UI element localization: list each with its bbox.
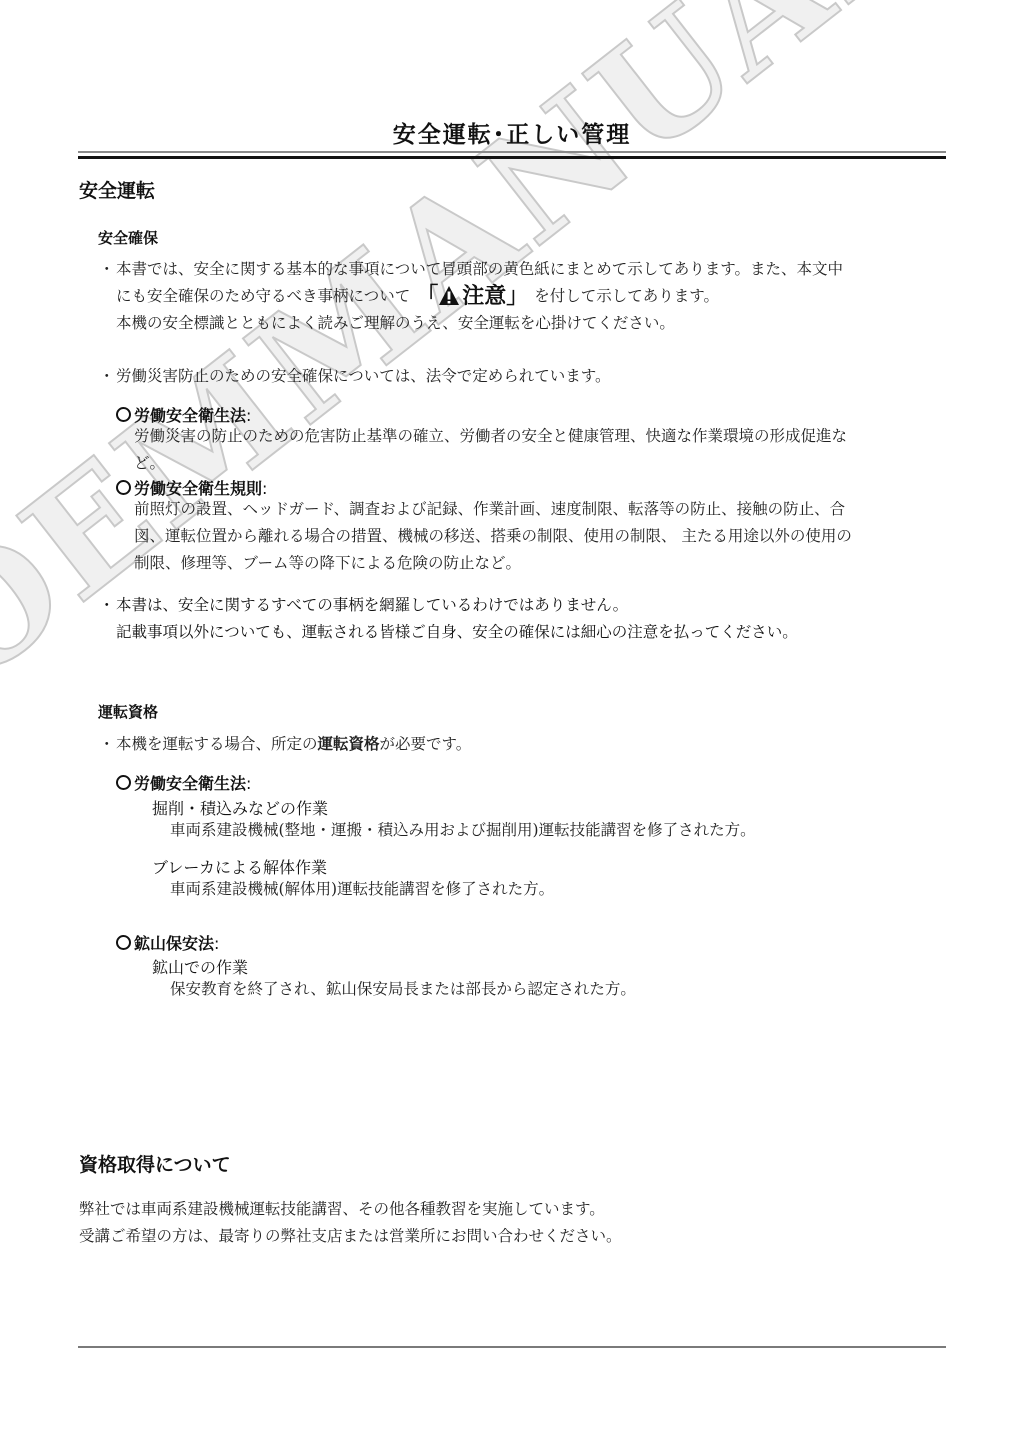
item-breaker-text: 車両系建設機械(解体用)運転技能講習を修了された方。	[170, 876, 554, 903]
caution-text: 注意	[462, 284, 506, 309]
bullet-item-2: ・ 労働災害防止のための安全確保については、法令で定められています。	[116, 363, 610, 390]
bullet-3-line-1: 本書は、安全に関するすべての事柄を網羅しているわけではありません。	[116, 592, 798, 619]
bullet-3-line-2: 記載事項以外についても、運転される皆様ご自身、安全の確保には細心の注意を払ってく…	[116, 619, 798, 646]
law-colon: :	[246, 774, 251, 793]
caution-open-bracket: 「	[416, 284, 438, 309]
law-2-line-2: 図、運転位置から離れる場合の措置、機械の移送、搭乗の制限、使用の制限、 主たる用…	[134, 523, 852, 550]
qualification-pre: 本機を運転する場合、所定の	[116, 735, 318, 753]
bullet-1-line-2-post: を付して示してあります。	[534, 287, 719, 305]
law-1-line-1: 労働災害の防止のための危害防止基準の確立、労働者の安全と健康管理、快適な作業環境…	[134, 423, 847, 450]
bullet-glyph: ・	[99, 363, 115, 390]
manual-page: OEMMANUAL 安全運転･正しい管理 安全運転 安全確保 ・ 本書では、安全…	[0, 0, 1024, 1449]
item-excavation-title: 掘削・積込みなどの作業	[152, 796, 328, 819]
subheading-operating-qualification: 運転資格	[98, 701, 158, 722]
circle-marker-icon	[116, 407, 131, 422]
caution-label: 「注意」	[416, 284, 528, 309]
qualification-post: が必要です。	[380, 735, 472, 753]
bullet-item-qualification: ・ 本機を運転する場合、所定の運転資格が必要です。	[116, 731, 471, 758]
bullet-glyph: ・	[99, 731, 115, 758]
obtaining-line-2: 受講ご希望の方は、最寄りの弊社支店または営業所にお問い合わせください。	[79, 1223, 622, 1250]
section-heading-obtaining-qualification: 資格取得について	[79, 1150, 231, 1177]
circle-marker-icon	[116, 935, 131, 950]
bullet-item-1: ・ 本書では、安全に関する基本的な事項について冒頭部の黄色紙にまとめて示してあり…	[116, 256, 843, 337]
law-colon: :	[214, 934, 219, 953]
law-2-line-1: 前照灯の設置、ヘッドガード、調査および記録、作業計画、速度制限、転落等の防止、接…	[134, 496, 852, 523]
law-2-line-3: 制限、修理等、ブーム等の降下による危険の防止など。	[134, 550, 852, 577]
obtaining-line-1: 弊社では車両系建設機械運転技能講習、その他各種教習を実施しています。	[79, 1196, 622, 1223]
law-heading-industrial-safety-act-2: 労働安全衛生法:	[116, 771, 251, 794]
bullet-1-line-2: にも安全確保のため守るべき事柄について「注意」を付して示してあります。	[116, 283, 843, 310]
bullet-item-3: ・ 本書は、安全に関するすべての事柄を網羅しているわけではありません。 記載事項…	[116, 592, 798, 646]
law-1-line-2: ど。	[134, 450, 847, 477]
bullet-glyph: ・	[99, 592, 115, 619]
bullet-1-line-3: 本機の安全標識とともによく読みご理解のうえ、安全運転を心掛けてください。	[116, 310, 843, 337]
item-mine-title: 鉱山での作業	[152, 955, 248, 978]
qualification-bold: 運転資格	[318, 735, 380, 753]
title-rule-thin	[78, 151, 946, 153]
obtaining-description: 弊社では車両系建設機械運転技能講習、その他各種教習を実施しています。 受講ご希望…	[79, 1196, 622, 1250]
law-heading-mine-safety-act: 鉱山保安法:	[116, 931, 219, 954]
circle-marker-icon	[116, 775, 131, 790]
bullet-2-line-1: 労働災害防止のための安全確保については、法令で定められています。	[116, 363, 610, 390]
circle-marker-icon	[116, 480, 131, 495]
item-excavation-text: 車両系建設機械(整地・運搬・積込み用および掘削用)運転技能講習を修了された方。	[170, 817, 756, 844]
bullet-1-line-2-pre: にも安全確保のため守るべき事柄について	[116, 287, 410, 305]
bullet-glyph: ・	[99, 256, 115, 283]
title-rule-thick	[78, 156, 946, 159]
item-mine-text: 保安教育を終了され、鉱山保安局長または部長から認定された方。	[170, 976, 636, 1003]
item-breaker-title: ブレーカによる解体作業	[152, 855, 327, 878]
page-title: 安全運転･正しい管理	[0, 116, 1024, 149]
section-heading-safe-driving: 安全運転	[79, 176, 155, 203]
warning-triangle-icon	[438, 285, 460, 306]
law-1-description: 労働災害の防止のための危害防止基準の確立、労働者の安全と健康管理、快適な作業環境…	[134, 423, 847, 477]
law-title: 鉱山保安法	[134, 934, 214, 953]
law-2-description: 前照灯の設置、ヘッドガード、調査および記録、作業計画、速度制限、転落等の防止、接…	[134, 496, 852, 577]
footer-rule	[78, 1346, 946, 1348]
law-title: 労働安全衛生法	[134, 774, 246, 793]
subheading-safety-assurance: 安全確保	[98, 227, 158, 248]
caution-close-bracket: 」	[506, 284, 528, 309]
bullet-1-line-1: 本書では、安全に関する基本的な事項について冒頭部の黄色紙にまとめて示してあります…	[116, 256, 843, 283]
qualification-line: 本機を運転する場合、所定の運転資格が必要です。	[116, 731, 471, 758]
